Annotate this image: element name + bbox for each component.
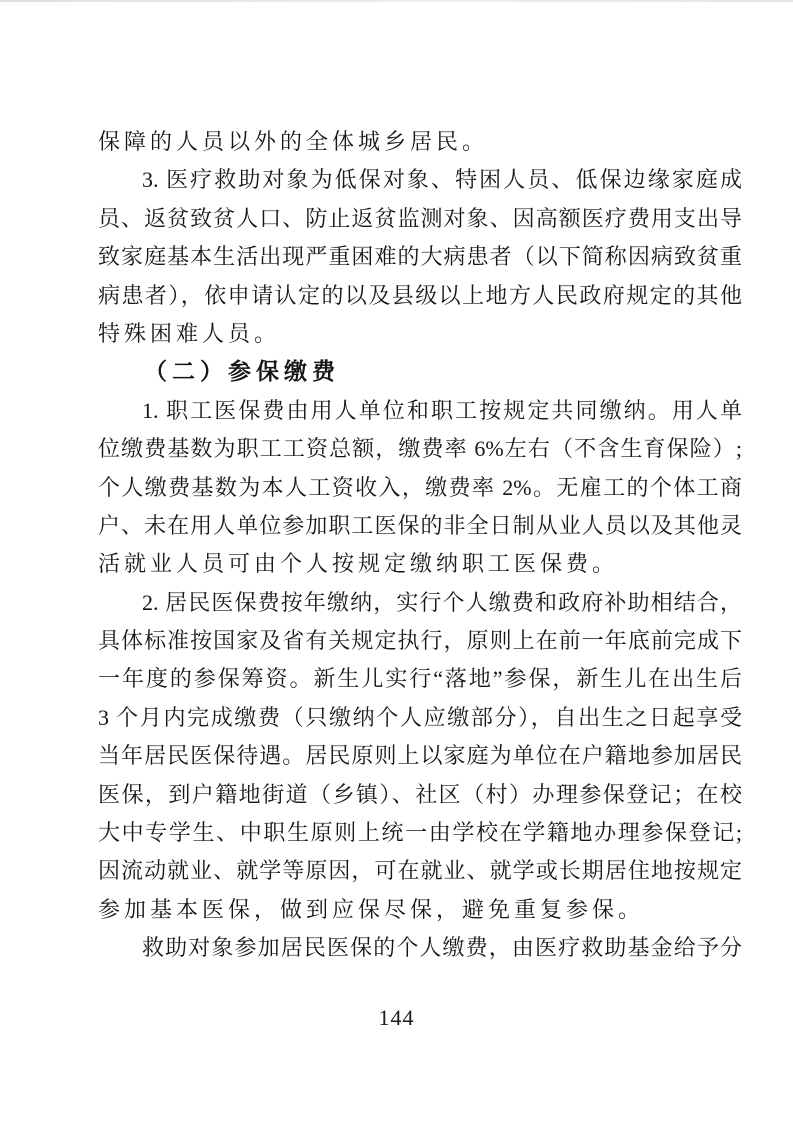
text-line: 参加基本医保，做到应保尽保，避免重复参保。 bbox=[98, 891, 742, 929]
document-page: 保障的人员以外的全体城乡居民。 3. 医疗救助对象为低保对象、特困人员、低保边缘… bbox=[0, 0, 793, 1122]
text-line: 员、返贫致贫人口、防止返贫监测对象、因高额医疗费用支出导 bbox=[98, 200, 742, 238]
text-line: 致家庭基本生活出现严重困难的大病患者（以下简称因病致贫重 bbox=[98, 238, 742, 276]
text-line: 当年居民医保待遇。居民原则上以家庭为单位在户籍地参加居民 bbox=[98, 737, 742, 775]
text-line: 医保，到户籍地街道（乡镇）、社区（村）办理参保登记；在校 bbox=[98, 776, 742, 814]
text-line: 户、未在用人单位参加职工医保的非全日制从业人员以及其他灵 bbox=[98, 507, 742, 545]
scan-edge-artifact bbox=[0, 0, 793, 2]
text-line: 3 个月内完成缴费（只缴纳个人应缴部分），自出生之日起享受 bbox=[98, 699, 742, 737]
text-line: 保障的人员以外的全体城乡居民。 bbox=[98, 123, 742, 161]
text-line: 具体标准按国家及省有关规定执行，原则上在前一年底前完成下 bbox=[98, 622, 742, 660]
text-line: 救助对象参加居民医保的个人缴费，由医疗救助基金给予分 bbox=[98, 929, 742, 967]
page-number: 144 bbox=[0, 1003, 793, 1033]
text-line: 1. 职工医保费由用人单位和职工按规定共同缴纳。用人单 bbox=[98, 392, 742, 430]
text-line: 2. 居民医保费按年缴纳，实行个人缴费和政府补助相结合， bbox=[98, 584, 742, 622]
text-line: 一年度的参保筹资。新生儿实行“落地”参保，新生儿在出生后 bbox=[98, 660, 742, 698]
text-line: 因流动就业、就学等原因，可在就业、就学或长期居住地按规定 bbox=[98, 852, 742, 890]
text-line: 病患者），依申请认定的以及县级以上地方人民政府规定的其他 bbox=[98, 277, 742, 315]
text-block: 保障的人员以外的全体城乡居民。 3. 医疗救助对象为低保对象、特困人员、低保边缘… bbox=[98, 123, 742, 968]
text-line: 大中专学生、中职生原则上统一由学校在学籍地办理参保登记; bbox=[98, 814, 742, 852]
text-line: 特殊困难人员。 bbox=[98, 315, 742, 353]
text-line: 位缴费基数为职工工资总额，缴费率 6%左右（不含生育保险）; bbox=[98, 430, 742, 468]
text-line: 3. 医疗救助对象为低保对象、特困人员、低保边缘家庭成 bbox=[98, 161, 742, 199]
text-line: 活就业人员可由个人按规定缴纳职工医保费。 bbox=[98, 545, 742, 583]
text-line: 个人缴费基数为本人工资收入，缴费率 2%。无雇工的个体工商 bbox=[98, 469, 742, 507]
section-heading: （二）参保缴费 bbox=[98, 353, 742, 391]
